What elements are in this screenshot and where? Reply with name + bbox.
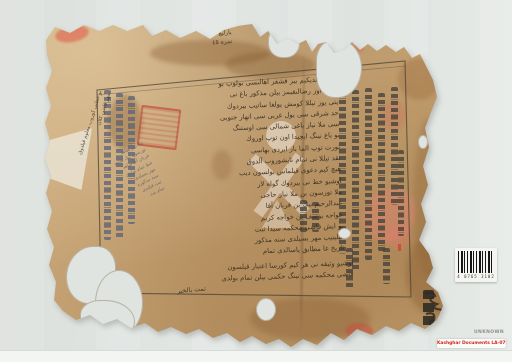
bottom-strip: [0, 350, 512, 362]
paper-hole: [268, 26, 300, 58]
main-text-block: سوز اولديكيم بيز قشقر اهالىسى بولوب بوكو…: [133, 74, 344, 263]
paper-hole: [66, 246, 116, 304]
barcode-number: 4 0765 3102: [455, 274, 497, 279]
closing-text-block: اوشبو وثيقه نى هر كيم كورسا اعتبار قيلسو…: [138, 258, 354, 287]
ink-stain: [225, 52, 315, 78]
chinese-script-column: [378, 93, 385, 251]
red-stain: [54, 23, 90, 45]
top-note: بتاريخ سنه: [342, 34, 402, 45]
document-paper: يارليغ عالينمره ٤٥ بتاريخ سنه سوز اولديك…: [0, 0, 512, 362]
chinese-script-column: [383, 248, 390, 284]
paper-hole: [80, 300, 135, 340]
chinese-script-column: [352, 90, 359, 272]
red-stain: [345, 323, 373, 339]
signature-line: تمت بالخير: [126, 285, 206, 300]
scan-canvas: يارليغ عالينمره ٤٥ بتاريخ سنه سوز اولديك…: [0, 0, 512, 362]
barcode: 4 0765 3102: [455, 248, 497, 282]
collection-label: Kashghar Documents LA-079: [437, 339, 506, 348]
ink-stain: [398, 58, 440, 100]
chinese-script-column: [398, 150, 404, 236]
chinese-script-column: [391, 87, 398, 205]
catalog-code: UNKNOWN: [458, 330, 504, 335]
red-stain: [344, 45, 364, 53]
red-stain: [398, 244, 401, 251]
heading-block: يارليغ عالينمره ٤٥: [145, 28, 232, 52]
paper-hole: [256, 298, 276, 321]
paper-hole: [418, 135, 428, 149]
paper-hole: [95, 270, 143, 336]
barcode-bars: [458, 251, 494, 273]
ink-stain: [250, 298, 370, 340]
document-paper-wrap: يارليغ عالينمره ٤٥ بتاريخ سنه سوز اولديك…: [0, 0, 512, 362]
bold-script-column: [423, 290, 434, 326]
chinese-script-column: [365, 88, 372, 260]
ink-stain: [414, 118, 444, 278]
